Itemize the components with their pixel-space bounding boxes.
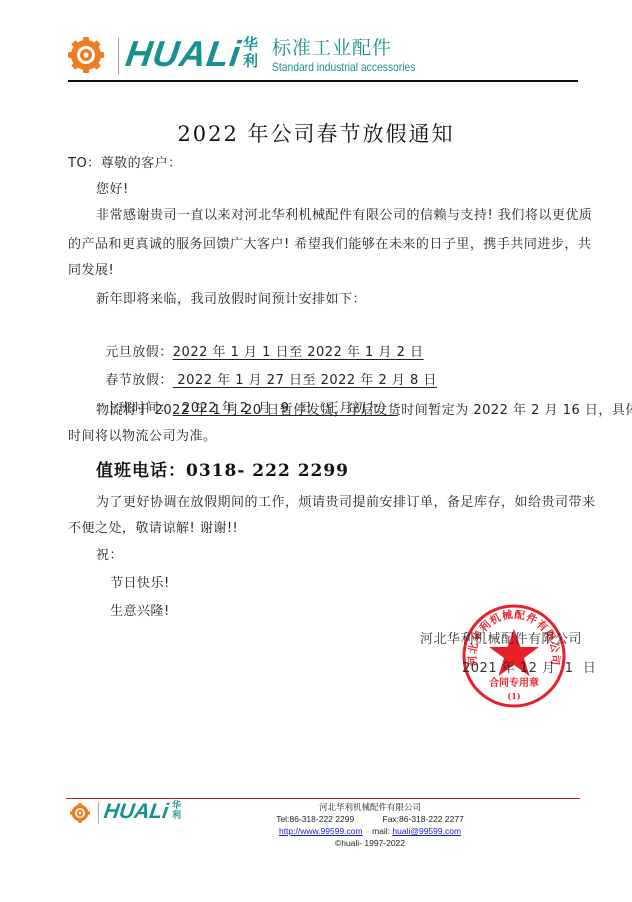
signature-date: 2021 年 12 月 1 日 [462,656,596,682]
schedule-intro: 新年即将来临，我司放假时间预计安排如下： [96,287,366,313]
paragraph-line: 同发展! [68,258,114,284]
footer-contacts: Tel:86-318-222 2299 Fax:86-318-222 2277 [240,813,500,825]
logistics-line: 物流将于 2022 年 1 月 20 日暂停发货，年后发货时间暂定为 2022 … [96,398,632,424]
wish-item: 节日快乐! [110,571,170,597]
signature-company: 河北华利机械配件有限公司 [420,627,582,653]
logistics-line: 时间将以物流公司为准。 [68,424,217,450]
document-title: 2022 年公司春节放假通知 [0,118,632,148]
footer-company: 河北华利机械配件有限公司 [240,801,500,813]
mail-label: mail: [372,826,392,836]
wish-item: 生意兴隆! [110,599,170,625]
header-divider [118,38,119,74]
footer-rule [66,798,580,799]
salutation: TO：尊敬的客户： [68,151,182,177]
footer-tel: Tel:86-318-222 2299 [276,814,354,824]
header-rule [68,80,578,82]
duty-hotline: 值班电话：0318- 222 2299 [96,456,349,481]
greeting: 您好! [96,177,129,203]
gear-icon [68,37,104,73]
gear-icon [70,803,90,823]
footer-divider [98,802,99,824]
footer-fax: Fax:86-318-222 2277 [383,814,464,824]
footer-copyright: ©huali- 1997-2022 [240,837,500,849]
hotline-label: 值班电话： [96,461,186,481]
email-link[interactable]: huali@99599.com [392,826,461,836]
hotline-number: 0318- 222 2299 [186,461,349,481]
brand-logo-cn: 华利 [243,36,261,70]
svg-text:(1): (1) [507,691,520,701]
tagline-en: Standard industrial accessories [272,60,415,74]
request-line: 为了更好协调在放假期间的工作，烦请贵司提前安排订单，备足库存，如给贵司带来 [96,490,596,516]
footer-brand-logo: HUALi [102,800,170,824]
footer-brand-cn: 华利 [172,801,182,821]
website-link[interactable]: http://www.99599.com [279,826,363,836]
paragraph-line: 非常感谢贵司一直以来对河北华利机械配件有限公司的信赖与支持! 我们将以更优质 [96,203,586,229]
request-line: 不便之处，敬请谅解! 谢谢!! [68,516,238,542]
paragraph-line: 的产品和更真诚的服务回馈广大客户! 希望我们能够在未来的日子里，携手共同进步，共 [68,232,591,258]
wishes-intro: 祝： [96,543,123,569]
tagline-cn: 标准工业配件 [272,37,392,59]
brand-logo-text: HUALi [123,34,244,74]
footer-links: http://www.99599.com mail: huali@99599.c… [240,825,500,837]
